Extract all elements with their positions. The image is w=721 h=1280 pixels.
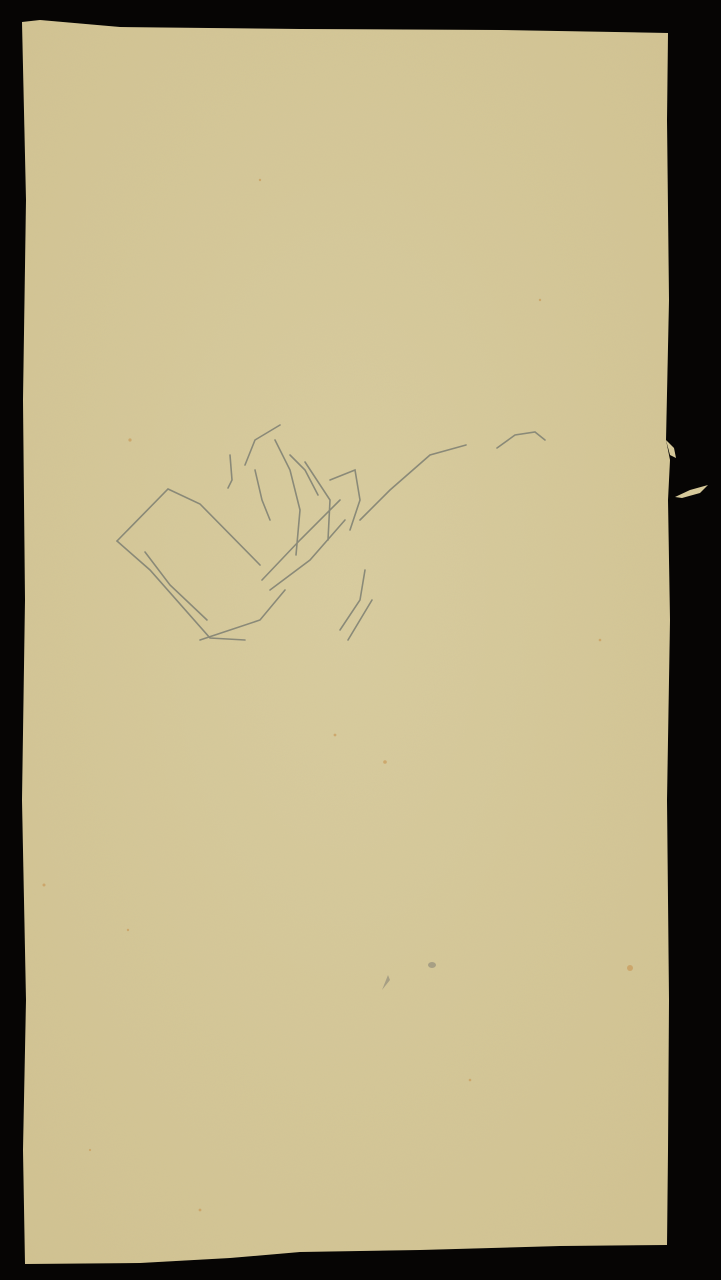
- paper-fiber: [675, 485, 708, 498]
- paper-sheet: [0, 0, 721, 1280]
